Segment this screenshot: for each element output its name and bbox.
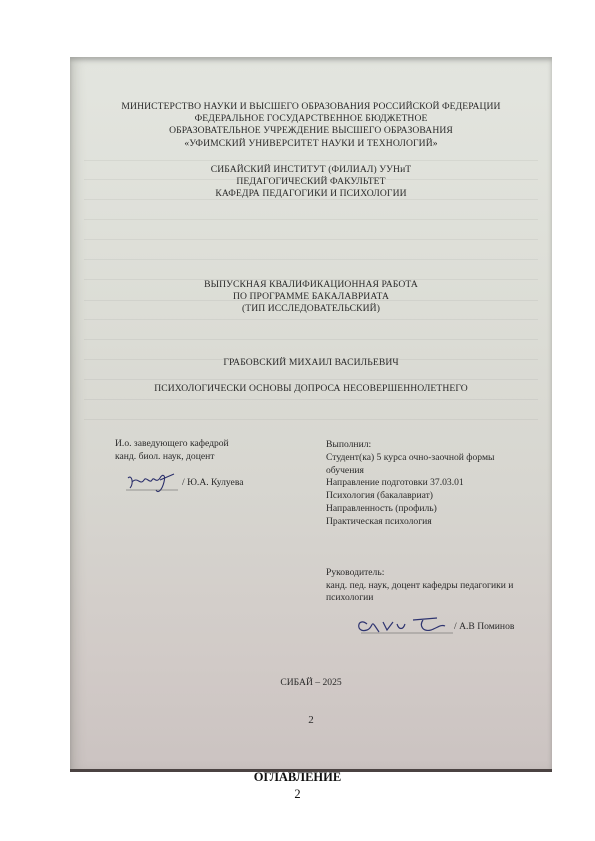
hod-degree: канд. биол. наук, доцент — [115, 451, 229, 464]
institute-block: СИБАЙСКИЙ ИНСТИТУТ (ФИЛИАЛ) УУНиТ ПЕДАГО… — [70, 164, 552, 201]
header-line: МИНИСТЕРСТВО НАУКИ И ВЫСШЕГО ОБРАЗОВАНИЯ… — [70, 101, 552, 113]
toc-heading: ОГЛАВЛЕНИЕ — [0, 770, 595, 785]
supervisor-block: Руководитель: канд. пед. наук, доцент ка… — [326, 567, 536, 605]
hod-position: И.о. заведующего кафедрой — [115, 438, 229, 451]
direction-name: Психология (бакалавриат) — [326, 490, 526, 503]
institute-line: СИБАЙСКИЙ ИНСТИТУТ (ФИЛИАЛ) УУНиТ — [70, 164, 552, 176]
supervisor-label: Руководитель: — [326, 567, 536, 580]
head-of-department-block: И.о. заведующего кафедрой канд. биол. на… — [115, 438, 229, 463]
faculty-line: ПЕДАГОГИЧЕСКИЙ ФАКУЛЬТЕТ — [70, 176, 552, 188]
performed-by-block: Выполнил: Студент(ка) 5 курса очно-заочн… — [326, 439, 526, 529]
header-line: ОБРАЗОВАТЕЛЬНОЕ УЧРЕЖДЕНИЕ ВЫСШЕГО ОБРАЗ… — [70, 125, 552, 137]
work-type-line: ПО ПРОГРАММЕ БАКАЛАВРИАТА — [70, 291, 552, 303]
header-line: ФЕДЕРАЛЬНОЕ ГОСУДАРСТВЕННОЕ БЮДЖЕТНОЕ — [70, 113, 552, 125]
supervisor-name: / А.В Поминов — [454, 621, 514, 632]
author-name: ГРАБОВСКИЙ МИХАИЛ ВАСИЛЬЕВИЧ — [70, 357, 552, 369]
hod-name: / Ю.А. Кулуева — [182, 477, 243, 488]
ministry-header: МИНИСТЕРСТВО НАУКИ И ВЫСШЕГО ОБРАЗОВАНИЯ… — [70, 101, 552, 150]
department-line: КАФЕДРА ПЕДАГОГИКИ И ПСИХОЛОГИИ — [70, 188, 552, 200]
work-type-block: ВЫПУСКНАЯ КВАЛИФИКАЦИОННАЯ РАБОТА ПО ПРО… — [70, 279, 552, 316]
performed-label: Выполнил: — [326, 439, 526, 452]
header-line: «УФИМСКИЙ УНИВЕРСИТЕТ НАУКИ И ТЕХНОЛОГИЙ… — [70, 138, 552, 150]
work-type-line: ВЫПУСКНАЯ КВАЛИФИКАЦИОННАЯ РАБОТА — [70, 279, 552, 291]
supervisor-degree: канд. пед. наук, доцент кафедры педагоги… — [326, 580, 536, 605]
work-type-line: (ТИП ИССЛЕДОВАТЕЛЬСКИЙ) — [70, 303, 552, 315]
page-number: 2 — [0, 787, 595, 802]
direction: Направление подготовки 37.03.01 — [326, 477, 526, 490]
photo-page-number: 2 — [70, 714, 552, 726]
title-page-photo: МИНИСТЕРСТВО НАУКИ И ВЫСШЕГО ОБРАЗОВАНИЯ… — [70, 57, 552, 772]
profile-label: Направленность (профиль) — [326, 503, 526, 516]
hod-signature-icon — [124, 470, 178, 496]
city-year: СИБАЙ – 2025 — [70, 677, 552, 688]
student-course: Студент(ка) 5 курса очно-заочной формы о… — [326, 452, 526, 478]
profile-name: Практическая психология — [326, 516, 526, 529]
supervisor-signature-icon — [353, 612, 453, 638]
thesis-title: ПСИХОЛОГИЧЕСКИ ОСНОВЫ ДОПРОСА НЕСОВЕРШЕН… — [70, 383, 552, 395]
